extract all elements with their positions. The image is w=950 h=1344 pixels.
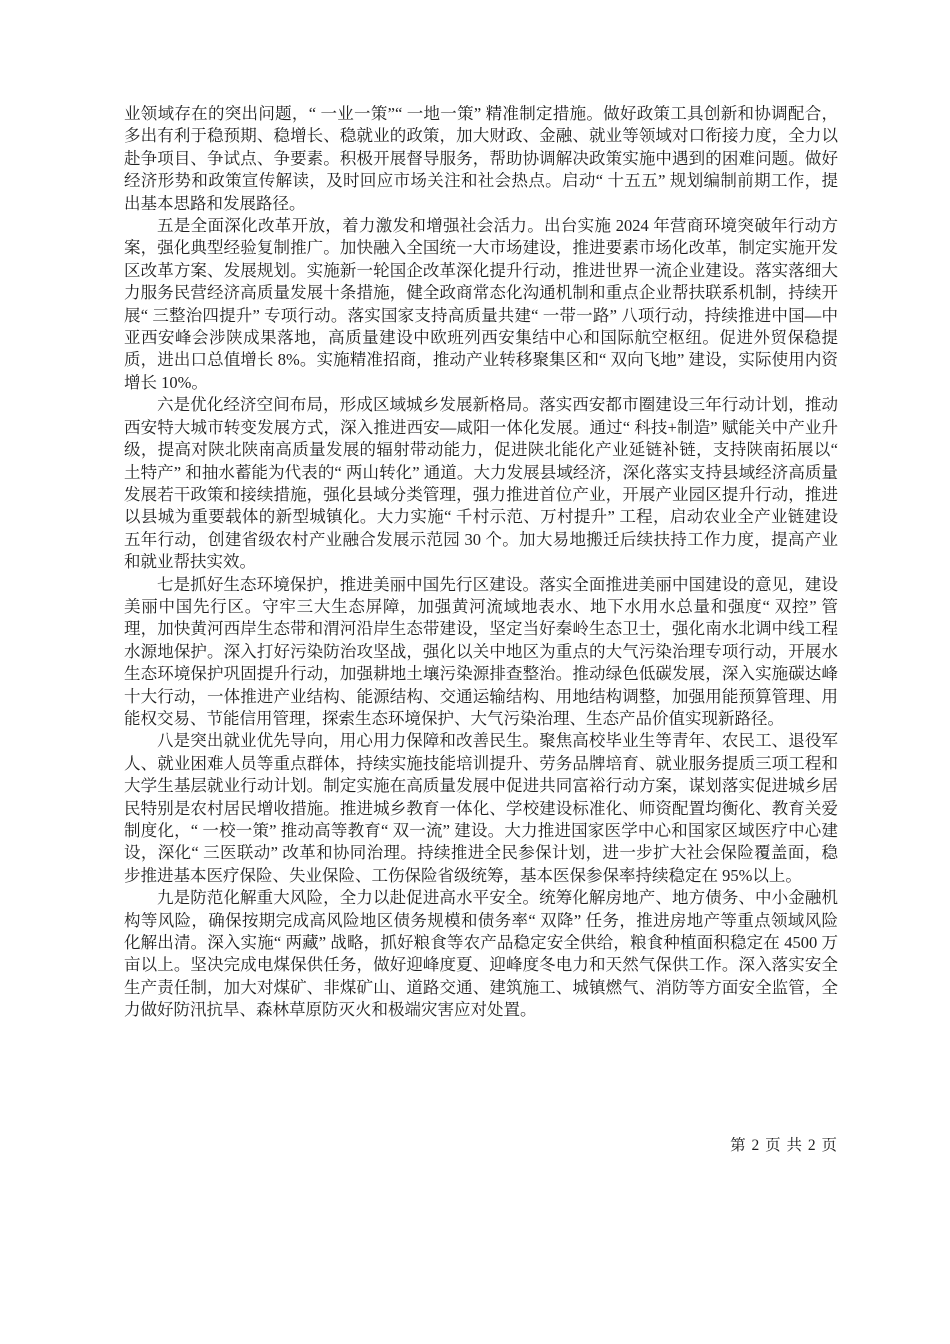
paragraph-item-5: 五是全面深化改革开放，着力激发和增强社会活力。出台实施 2024 年营商环境突破… bbox=[124, 215, 838, 394]
paragraph-item-7: 七是抓好生态环境保护，推进美丽中国先行区建设。落实全面推进美丽中国建设的意见，建… bbox=[124, 574, 838, 731]
paragraph-item-8: 八是突出就业优先导向，用心用力保障和改善民生。聚焦高校毕业生等青年、农民工、退役… bbox=[124, 730, 838, 887]
page-number: 第 2 页 共 2 页 bbox=[730, 1133, 838, 1155]
paragraph-continuation: 业领域存在的突出问题，“ 一业一策”“ 一地一策” 精准制定措施。做好政策工具创… bbox=[124, 103, 838, 215]
paragraph-item-9: 九是防范化解重大风险，全力以赴促进高水平安全。统筹化解房地产、地方债务、中小金融… bbox=[124, 887, 838, 1021]
paragraph-item-6: 六是优化经济空间布局，形成区域城乡发展新格局。落实西安都市圈建设三年行动计划，推… bbox=[124, 394, 838, 573]
document-page: 业领域存在的突出问题，“ 一业一策”“ 一地一策” 精准制定措施。做好政策工具创… bbox=[124, 103, 838, 1022]
